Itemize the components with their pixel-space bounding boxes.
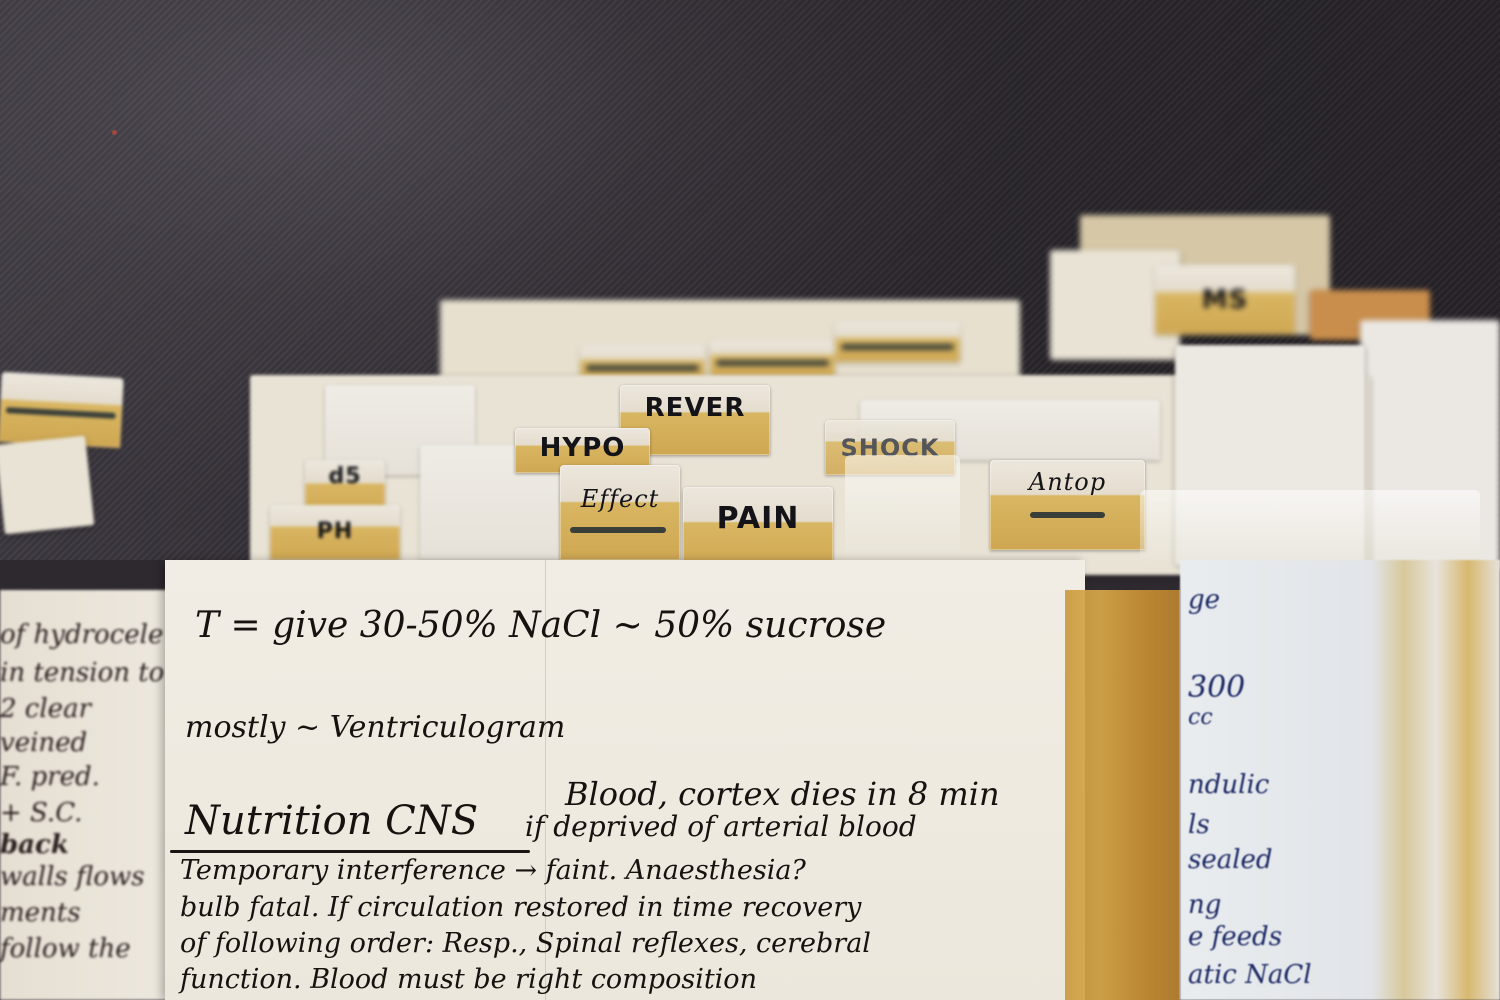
tab-ms: MS <box>1155 265 1295 335</box>
front-card: T = give 30-50% NaCl ~ 50% sucrose mostl… <box>165 560 1085 1000</box>
tab-antop: Antop <box>990 460 1145 550</box>
left-stack-card <box>0 436 94 535</box>
tab-ph: PH <box>270 505 400 560</box>
tab-effect: Effect <box>560 465 680 560</box>
tab-left <box>0 372 124 448</box>
tab-back <box>835 322 960 362</box>
left-card: of hydrocele in tension to 2 clear veine… <box>0 590 190 1000</box>
plastic-sleeve <box>845 455 960 570</box>
red-fleck <box>112 130 117 135</box>
plastic-sleeve <box>1140 490 1480 570</box>
amber-tape-strip <box>1065 590 1180 1000</box>
tab-back <box>710 340 835 378</box>
right-blue-ink-cards: ge 300 cc ndulic ls sealed ng e feeds at… <box>1180 560 1500 1000</box>
heading-underline <box>170 850 530 853</box>
